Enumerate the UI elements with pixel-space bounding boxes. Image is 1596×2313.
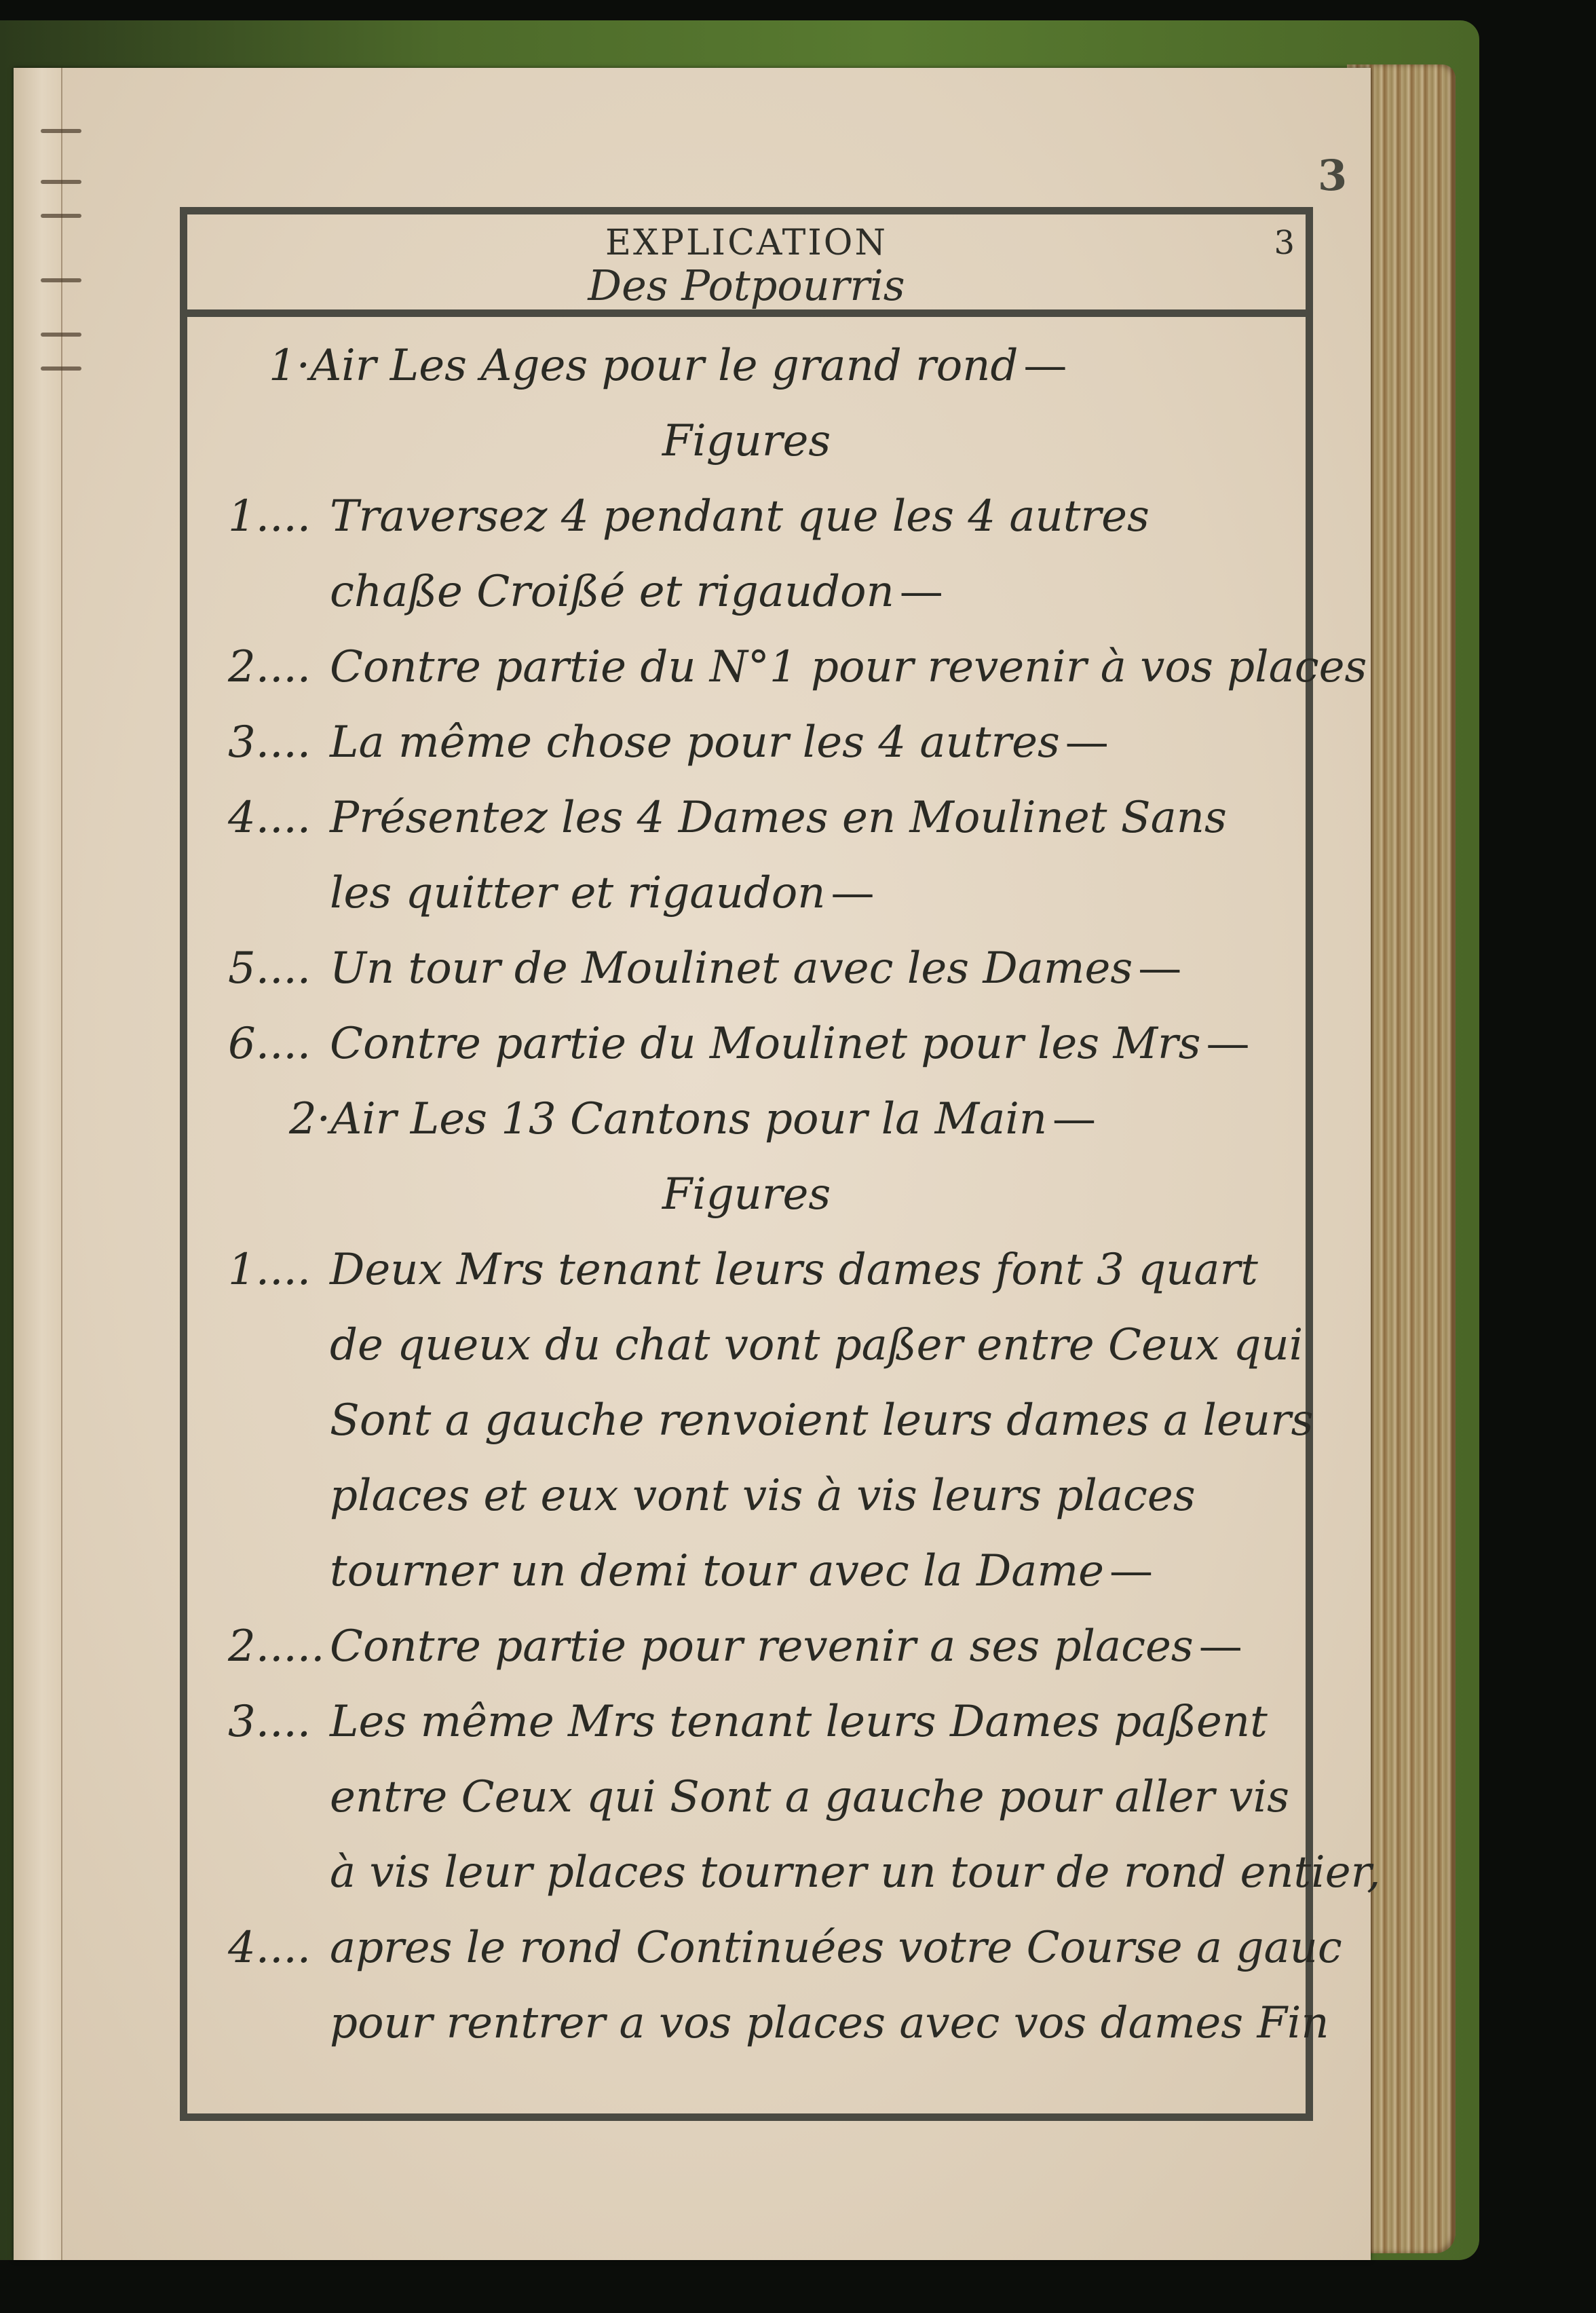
swash-flourish: — bbox=[1199, 1609, 1242, 1685]
page-title: EXPLICATION bbox=[187, 223, 1306, 263]
figure-text: les quitter et rigaudon bbox=[330, 868, 826, 918]
figure-item: 5....Un tour de Moulinet avec les Dames— bbox=[187, 931, 1306, 1007]
figure-text: places et eux vont vis à vis leurs place… bbox=[330, 1471, 1196, 1521]
figure-continuation: tourner un demi tour avec la Dame— bbox=[187, 1534, 1306, 1609]
air-title: 2·Air Les 13 Cantons pour la Main bbox=[289, 1094, 1047, 1144]
body-text: 1·Air Les Ages pour le grand rond— Figur… bbox=[187, 309, 1306, 2113]
swash-flourish: — bbox=[1138, 931, 1181, 1007]
figure-continuation: chaße Croißé et rigaudon— bbox=[187, 554, 1306, 630]
handwritten-page-number: 3 bbox=[1318, 151, 1347, 200]
figure-item: 2....Contre partie du N°1 pour revenir à… bbox=[187, 630, 1306, 705]
figure-number: 3.... bbox=[228, 705, 330, 781]
figure-text: Sont a gauche renvoient leurs dames a le… bbox=[330, 1395, 1314, 1446]
figure-text: Les même Mrs tenant leurs Dames paßent bbox=[330, 1697, 1268, 1747]
binding-stitch bbox=[41, 278, 81, 282]
swash-flourish: — bbox=[1052, 1082, 1096, 1157]
figure-number: 4.... bbox=[228, 1911, 330, 1986]
text-frame: EXPLICATION Des Potpourris 3 1·Air Les A… bbox=[180, 207, 1313, 2121]
figure-number: 5.... bbox=[228, 931, 330, 1007]
binding-stitch bbox=[41, 129, 81, 133]
air-heading: 1·Air Les Ages pour le grand rond— bbox=[187, 328, 1306, 404]
swash-flourish: — bbox=[1206, 1007, 1249, 1082]
printed-page-number: 3 bbox=[1274, 224, 1295, 262]
figure-item: 1....Deux Mrs tenant leurs dames font 3 … bbox=[187, 1233, 1306, 1308]
figure-number: 1.... bbox=[228, 1233, 330, 1308]
figures-heading: Figures bbox=[187, 1157, 1306, 1233]
figure-number: 1.... bbox=[228, 479, 330, 554]
binding-stitch bbox=[41, 214, 81, 218]
figure-text: tourner un demi tour avec la Dame bbox=[330, 1546, 1104, 1596]
swash-flourish: — bbox=[900, 554, 943, 630]
figure-text: Présentez les 4 Dames en Moulinet Sans bbox=[330, 793, 1227, 843]
figure-text: Contre partie du Moulinet pour les Mrs bbox=[330, 1019, 1200, 1069]
figure-item: 1....Traversez 4 pendant que les 4 autre… bbox=[187, 479, 1306, 554]
figure-item: 4....Présentez les 4 Dames en Moulinet S… bbox=[187, 781, 1306, 856]
figure-item: 6....Contre partie du Moulinet pour les … bbox=[187, 1007, 1306, 1082]
figure-text: Un tour de Moulinet avec les Dames bbox=[330, 943, 1133, 994]
swash-flourish: — bbox=[1023, 328, 1067, 404]
figures-heading: Figures bbox=[187, 404, 1306, 479]
figure-continuation: Sont a gauche renvoient leurs dames a le… bbox=[187, 1383, 1306, 1459]
figure-item: 3....Les même Mrs tenant leurs Dames paß… bbox=[187, 1685, 1306, 1760]
figure-item: 2.....Contre partie pour revenir a ses p… bbox=[187, 1609, 1306, 1685]
figure-text: La même chose pour les 4 autres bbox=[330, 717, 1060, 768]
swash-flourish: — bbox=[1065, 705, 1109, 781]
figure-item: 3....La même chose pour les 4 autres— bbox=[187, 705, 1306, 781]
figure-text: Deux Mrs tenant leurs dames font 3 quart bbox=[330, 1245, 1258, 1295]
swash-flourish: — bbox=[1109, 1534, 1153, 1609]
figure-item: 4....apres le rond Continuées votre Cour… bbox=[187, 1911, 1306, 1986]
figure-number: 2..... bbox=[228, 1609, 330, 1685]
figure-text: pour rentrer a vos places avec vos dames… bbox=[330, 1998, 1329, 2048]
binding-stitch bbox=[41, 366, 81, 371]
figure-continuation: entre Ceux qui Sont a gauche pour aller … bbox=[187, 1760, 1306, 1835]
figure-text: entre Ceux qui Sont a gauche pour aller … bbox=[330, 1772, 1289, 1822]
figure-text: apres le rond Continuées votre Course a … bbox=[330, 1923, 1342, 1973]
swash-flourish: — bbox=[831, 856, 875, 931]
figure-text: Traversez 4 pendant que les 4 autres bbox=[330, 491, 1149, 542]
figure-continuation: à vis leur places tourner un tour de ron… bbox=[187, 1835, 1306, 1911]
figure-number: 4.... bbox=[228, 781, 330, 856]
figure-continuation: les quitter et rigaudon— bbox=[187, 856, 1306, 931]
figure-continuation: de queux du chat vont paßer entre Ceux q… bbox=[187, 1308, 1306, 1383]
figure-continuation: pour rentrer a vos places avec vos dames… bbox=[187, 1986, 1306, 2061]
figure-text: chaße Croißé et rigaudon bbox=[330, 567, 894, 617]
page-gutter bbox=[14, 68, 62, 2260]
air-title: 1·Air Les Ages pour le grand rond bbox=[269, 341, 1018, 391]
figure-text: à vis leur places tourner un tour de ron… bbox=[330, 1847, 1381, 1898]
binding-stitch bbox=[41, 333, 81, 337]
page-subtitle: Des Potpourris bbox=[187, 261, 1306, 310]
binding-stitch bbox=[41, 180, 81, 184]
figure-text: Contre partie pour revenir a ses places bbox=[330, 1621, 1194, 1672]
air-heading: 2·Air Les 13 Cantons pour la Main— bbox=[187, 1082, 1306, 1157]
frame-header: EXPLICATION Des Potpourris 3 bbox=[187, 214, 1306, 317]
figure-text: Contre partie du N°1 pour revenir à vos … bbox=[330, 642, 1367, 692]
figure-number: 2.... bbox=[228, 630, 330, 705]
figure-number: 3.... bbox=[228, 1685, 330, 1760]
figure-continuation: places et eux vont vis à vis leurs place… bbox=[187, 1459, 1306, 1534]
figure-text: de queux du chat vont paßer entre Ceux q… bbox=[330, 1320, 1303, 1370]
figure-number: 6.... bbox=[228, 1007, 330, 1082]
